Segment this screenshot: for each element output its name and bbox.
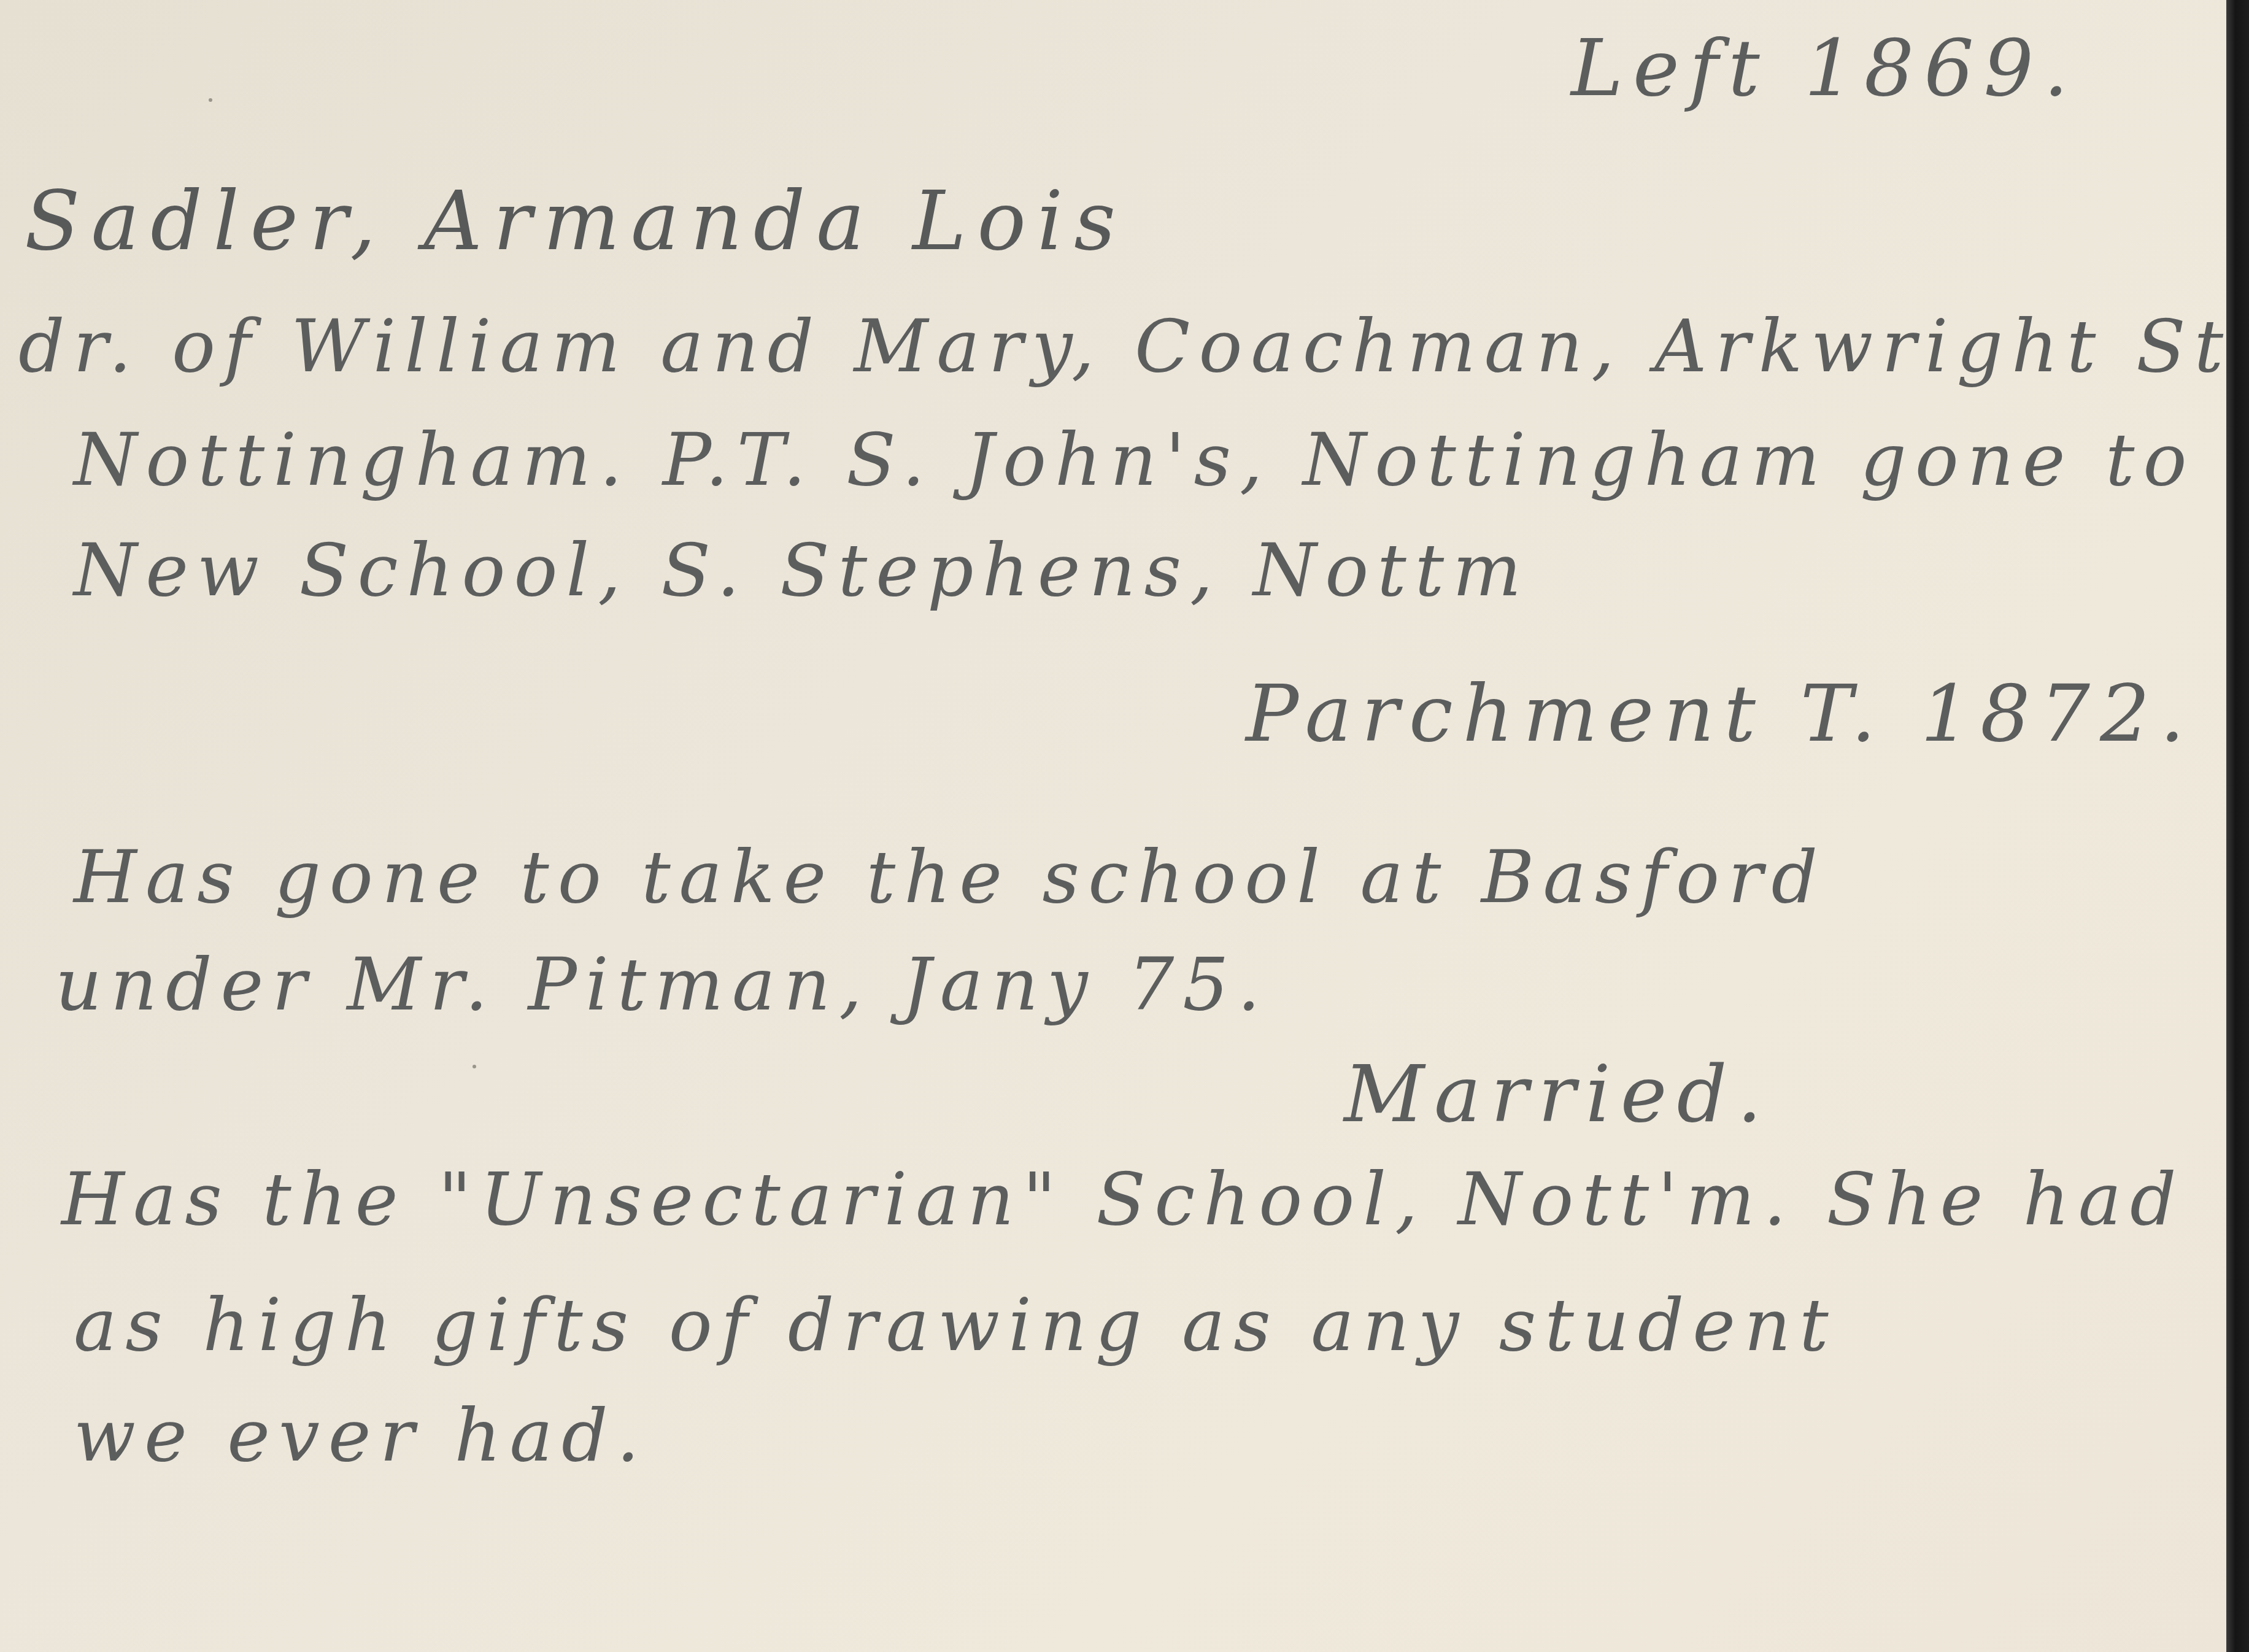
parchment-record: Parchment T. 1872. [1246, 675, 2194, 754]
parentage-line-2: Nottingham. P.T. S. John's, Nottingham g… [74, 423, 2249, 496]
left-date: Left 1869. [1571, 29, 2078, 108]
paper-speck [473, 1065, 476, 1068]
paper-speck [209, 98, 212, 102]
note-1-line-2: under Mr. Pitman, Jany 75. [55, 948, 1269, 1021]
note-2-line-3: we ever had. [74, 1399, 648, 1472]
scan-edge-border [2226, 0, 2249, 1652]
parentage-line-3: New School, S. Stephens, Nottm [74, 534, 1530, 606]
note-2-line-2: as high gifts of drawing as any student [74, 1289, 1837, 1361]
register-page: Left 1869. Sadler, Armanda Lois dr. of W… [0, 0, 2226, 1652]
note-1-line-1: Has gone to take the school at Basford [74, 841, 1826, 913]
note-2-line-1: Has the "Unsectarian" School, Nott'm. Sh… [61, 1163, 2185, 1235]
parentage-line-1: dr. of William and Mary, Coachman, Arkwr… [18, 310, 2249, 382]
marital-status: Married. [1344, 1056, 1772, 1134]
student-name: Sadler, Armanda Lois [25, 181, 1127, 262]
